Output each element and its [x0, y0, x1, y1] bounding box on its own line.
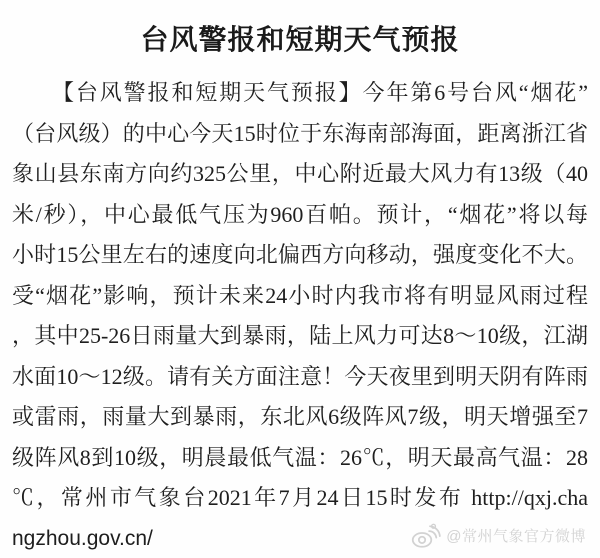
weather-bulletin-page: 台风警报和短期天气预报 【台风警报和短期天气预报】今年第6号台风“烟花” （台风…: [0, 0, 600, 558]
body-line: 【台风警报和短期天气预报】今年第6号台风“烟花”: [12, 73, 588, 114]
page-title: 台风警报和短期天气预报: [0, 0, 600, 58]
body-line: 级阵风8到10级，明晨最低气温：26℃，明天最高气温：28: [12, 438, 588, 479]
body-line: 水面10～12级。请有关方面注意！今天夜里到明天阴有阵雨: [12, 357, 588, 398]
watermark-text: @常州气象官方微博: [446, 525, 586, 546]
body-line: ℃，常州市气象台2021年7月24日15时发布 http://qxj.cha: [12, 478, 588, 519]
bulletin-body: 【台风警报和短期天气预报】今年第6号台风“烟花” （台风级）的中心今天15时位于…: [12, 73, 588, 558]
body-line: 象山县东南方向约325公里，中心附近最大风力有13级（40: [12, 154, 588, 195]
body-line: 米/秒），中心最低气压为960百帕。预计，“烟花”将以每: [12, 195, 588, 236]
weibo-icon: [411, 522, 441, 549]
body-line: 受“烟花”影响，预计未来24小时内我市将有明显风雨过程: [12, 276, 588, 317]
watermark: @常州气象官方微博: [411, 522, 586, 549]
body-line: 或雷雨，雨量大到暴雨，东北风6级阵风7级，明天增强至7: [12, 397, 588, 438]
body-line: ，其中25-26日雨量大到暴雨，陆上风力可达8～10级，江湖: [12, 316, 588, 357]
body-line: 小时15公里左右的速度向北偏西方向移动，强度变化不大。: [12, 235, 588, 276]
body-line: （台风级）的中心今天15时位于东海南部海面，距离浙江省: [12, 114, 588, 155]
